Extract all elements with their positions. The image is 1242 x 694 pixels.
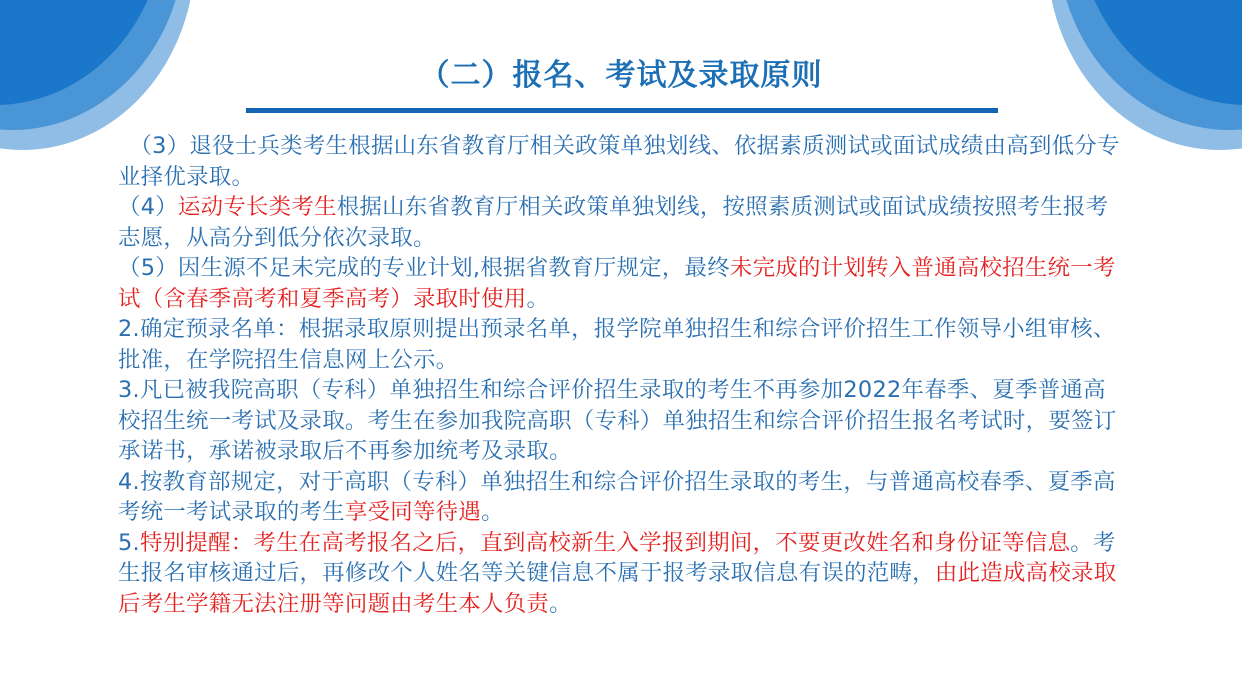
paragraph-text: （5）因生源不足未完成的专业计划,根据省教育厅规定，最终 — [118, 255, 730, 281]
paragraph-text: 3.凡已被我院高职（专科）单独招生和综合评价招生录取的考生不再参加2022年春季… — [118, 377, 1116, 464]
paragraph-no-further-exams: 3.凡已被我院高职（专科）单独招生和综合评价招生录取的考生不再参加2022年春季… — [118, 375, 1128, 467]
paragraph-text: 。 — [481, 499, 504, 525]
highlight-text: 运动专长类考生 — [178, 194, 337, 220]
paragraph-pre-admission-list: 2.确定预录名单：根据录取原则提出预录名单，报学院单独招生和综合评价招生工作领导… — [118, 314, 1128, 375]
paragraph-text: 2.确定预录名单：根据录取原则提出预录名单，报学院单独招生和综合评价招生工作领导… — [118, 316, 1116, 373]
slide-body: （3）退役士兵类考生根据山东省教育厅相关政策单独划线、依据素质测试或面试成绩由高… — [118, 131, 1128, 619]
highlight-text: 享受同等待遇 — [345, 499, 481, 525]
paragraph-retired-soldiers: （3）退役士兵类考生根据山东省教育厅相关政策单独划线、依据素质测试或面试成绩由高… — [118, 131, 1128, 192]
paragraph-text: （3）退役士兵类考生根据山东省教育厅相关政策单独划线、依据素质测试或面试成绩由高… — [118, 133, 1120, 190]
paragraph-unfilled-plan: （5）因生源不足未完成的专业计划,根据省教育厅规定，最终未完成的计划转入普通高校… — [118, 253, 1128, 314]
paragraph-text: 。 — [549, 591, 572, 617]
slide-title: （二）报名、考试及录取原则 — [0, 50, 1242, 94]
paragraph-text: （4） — [118, 194, 178, 220]
paragraph-text: 5. — [118, 530, 140, 556]
title-underline-divider — [246, 108, 998, 113]
paragraph-text: 。 — [526, 286, 549, 312]
paragraph-sports-specialty: （4）运动专长类考生根据山东省教育厅相关政策单独划线，按照素质测试或面试成绩按照… — [118, 192, 1128, 253]
highlight-text: 特别提醒：考生在高考报名之后，直到高校新生入学报到期间，不要更改姓名和身份证等信… — [140, 530, 1070, 556]
paragraph-text: 4.按教育部规定，对于高职（专科）单独招生和综合评价招生录取的考生，与普通高校春… — [118, 469, 1116, 526]
paragraph-special-reminder: 5.特别提醒：考生在高考报名之后，直到高校新生入学报到期间，不要更改姓名和身份证… — [118, 528, 1128, 620]
paragraph-equal-treatment: 4.按教育部规定，对于高职（专科）单独招生和综合评价招生录取的考生，与普通高校春… — [118, 467, 1128, 528]
